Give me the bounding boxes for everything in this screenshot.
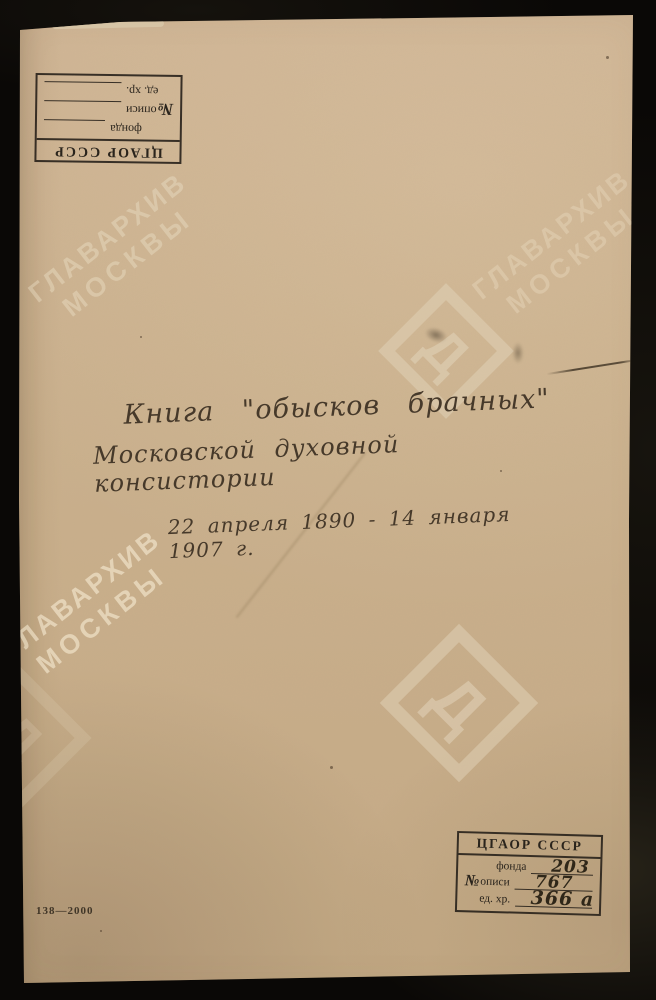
ink-smudge [510,338,526,368]
stamp-row-label: описи [126,101,157,117]
stamp-row-label: ед. хр. [479,892,510,906]
paper-speck [140,336,142,338]
paper-speck [606,56,609,59]
logo-letter: Д [409,314,483,388]
stamp-row-label: фонда [496,860,527,874]
paper-speck [330,766,333,769]
stamp-row-opis: № описи [44,100,173,121]
stamp-row-ed-khr: ед. хр. [44,81,173,102]
logo-letter: Д [0,700,56,777]
stamp-row-label: фонда [110,120,142,136]
handwritten-title-block: Книга "обысков брачных" Московской духов… [83,383,569,566]
printers-order-code: 138—2000 [36,905,94,917]
archive-stamp-filled: ЦГАОР СССР фонда 203 № описи 767 ед. хр.… [455,831,603,916]
book-cover-paper: ГЛАВАРХИВ МОСКВЫ ГЛАВАРХИВ МОСКВЫ ГЛАВАР… [0,0,656,1000]
numero-sign: № [465,875,481,888]
stamp-fill-line [44,119,106,134]
stamp-row-label: ед. хр. [126,82,159,98]
stamp-fill-line [44,81,121,96]
stamp-fill-line: 366 а [515,892,592,908]
archive-stamp-inverted: ЦГАОР СССР фонда № описи ед. хр. [34,73,182,164]
scanned-archive-cover: ГЛАВАРХИВ МОСКВЫ ГЛАВАРХИВ МОСКВЫ ГЛАВАР… [0,0,656,1000]
stamp-row-fond: фонда [44,119,173,140]
numero-sign: № [156,102,173,116]
ed-khr-number-value: 366 а [530,887,594,911]
stamp-fill-line [44,100,121,115]
logo-letter: Д [416,660,503,747]
stamp-org-name: ЦГАОР СССР [36,138,179,162]
title-line-institution: Московской духовной консистории [85,424,567,498]
paper-speck [100,930,102,932]
stamp-row-label: описи [480,876,510,890]
stamp-row-ed-khr: ед. хр. 366 а [464,888,592,908]
